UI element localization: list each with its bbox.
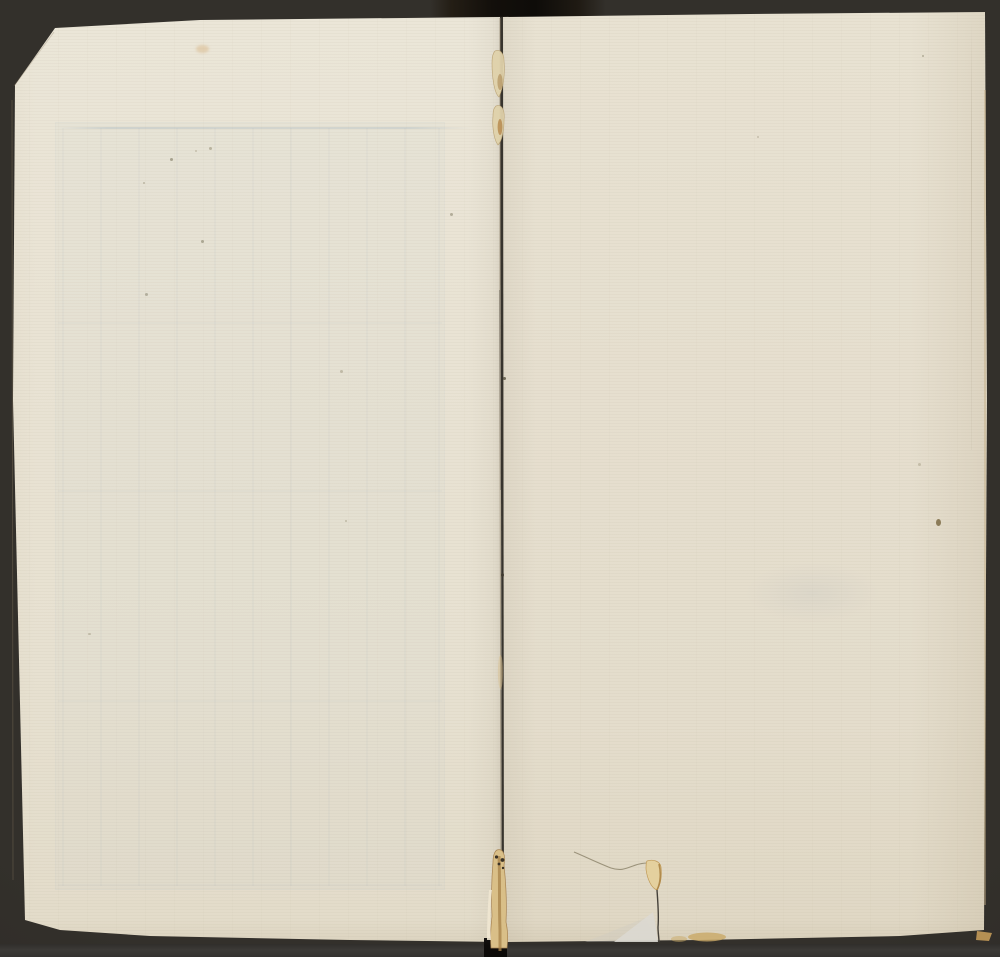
ghost-table-top-rule [58,127,472,129]
ghost-row-line [58,490,442,492]
ghost-column-line [176,128,178,886]
stain-orange [196,45,209,53]
ghost-column-line [366,128,368,886]
speckle-seam [501,573,504,577]
book-scan [0,0,1000,957]
ghost-column-line [100,128,102,886]
speckle [340,370,343,373]
ghost-table-wash [55,122,445,890]
speckle [195,150,197,152]
speckle [922,55,924,57]
speckle [170,158,173,161]
speckle [145,293,148,296]
speckle [88,633,91,635]
speckle [345,520,347,522]
gutter-shading [468,16,536,942]
gray-smudge [745,562,880,624]
binding-cloth-top [430,0,606,17]
ghost-row-line [58,884,442,886]
ghost-column-line [328,128,330,886]
ghost-column-line [290,128,292,886]
ghost-column-line [404,128,406,886]
right-edge-crease [971,20,972,450]
binding-cloth-bottom [484,938,507,957]
ghost-column-line [214,128,216,886]
ghost-column-line [438,128,440,886]
speckle [209,147,212,150]
ghost-row-line [58,700,442,702]
ghost-column-line [62,128,64,886]
ghost-row-line [58,322,442,324]
speckle [450,213,453,216]
speckle-brown [936,519,941,526]
speckle [918,463,921,466]
speckle [757,136,759,138]
speckle [201,240,204,243]
ghost-column-line [138,128,140,886]
speckle [143,182,145,184]
ghost-column-line [252,128,254,886]
speckle-seam [503,377,506,380]
